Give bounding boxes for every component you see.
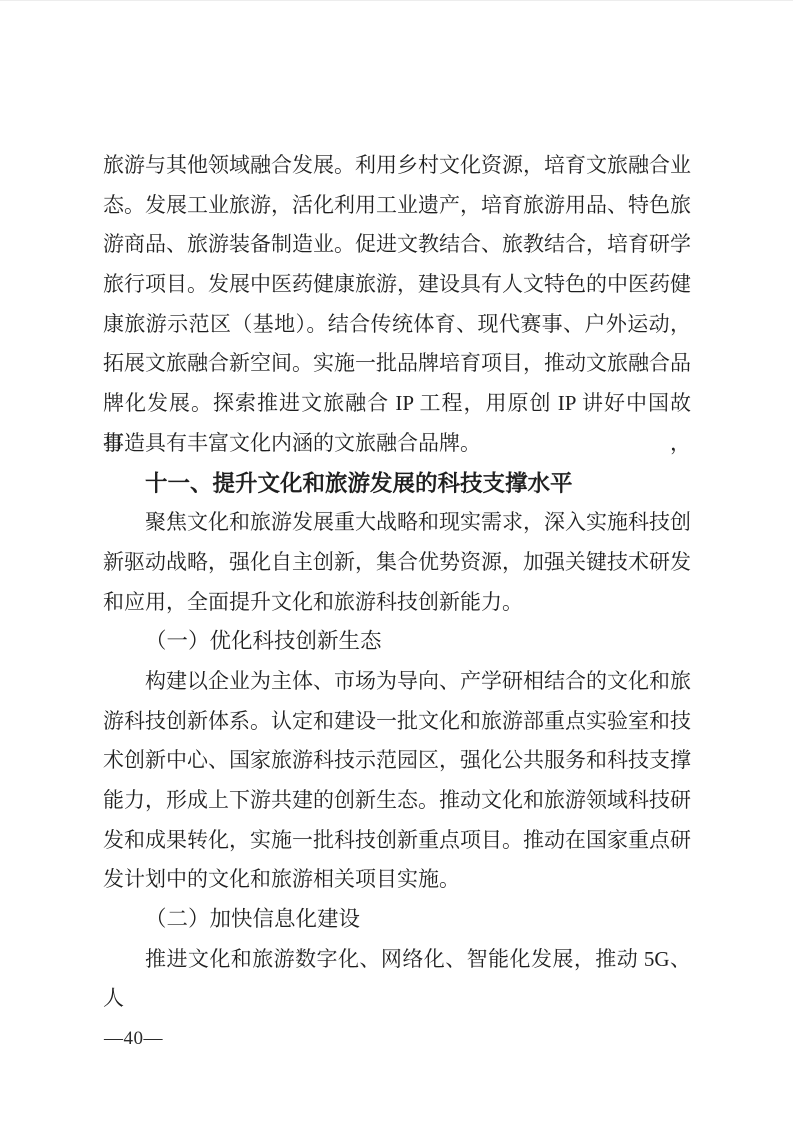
body-line: 和应用，全面提升文化和旅游科技创新能力。 bbox=[103, 583, 691, 623]
body-line: 聚焦文化和旅游发展重大战略和现实需求，深入实施科技创 bbox=[103, 503, 691, 543]
body-line: 康旅游示范区（基地）。结合传统体育、现代赛事、户外运动， bbox=[103, 305, 691, 345]
body-line: 发和成果转化，实施一批科技创新重点项目。推动在国家重点研 bbox=[103, 821, 691, 861]
subsection-heading-1: （一）优化科技创新生态 bbox=[103, 622, 691, 662]
body-line: 新驱动战略，强化自主创新，集合优势资源，加强关键技术研发 bbox=[103, 543, 691, 583]
body-line: 发计划中的文化和旅游相关项目实施。 bbox=[103, 860, 691, 900]
body-line: 牌化发展。探索推进文旅融合 IP 工程，用原创 IP 讲好中国故事， bbox=[103, 384, 691, 424]
body-line: 游科技创新体系。认定和建设一批文化和旅游部重点实验室和技 bbox=[103, 702, 691, 742]
document-page: 旅游与其他领域融合发展。利用乡村文化资源，培育文旅融合业 态。发展工业旅游，活化… bbox=[0, 0, 793, 1122]
body-line: 旅游与其他领域融合发展。利用乡村文化资源，培育文旅融合业 bbox=[103, 146, 691, 186]
body-line: 能力，形成上下游共建的创新生态。推动文化和旅游领域科技研 bbox=[103, 781, 691, 821]
body-line: 构建以企业为主体、市场为导向、产学研相结合的文化和旅 bbox=[103, 662, 691, 702]
section-heading: 十一、提升文化和旅游发展的科技支撑水平 bbox=[103, 464, 691, 504]
body-line: 旅行项目。发展中医药健康旅游，建设具有人文特色的中医药健 bbox=[103, 265, 691, 305]
document-body: 旅游与其他领域融合发展。利用乡村文化资源，培育文旅融合业 态。发展工业旅游，活化… bbox=[103, 146, 691, 979]
subsection-heading-2: （二）加快信息化建设 bbox=[103, 900, 691, 940]
page-number: —40— bbox=[104, 1027, 163, 1051]
body-line: 态。发展工业旅游，活化利用工业遗产，培育旅游用品、特色旅 bbox=[103, 186, 691, 226]
body-line: 游商品、旅游装备制造业。促进文教结合、旅教结合，培育研学 bbox=[103, 225, 691, 265]
body-line: 拓展文旅融合新空间。实施一批品牌培育项目，推动文旅融合品 bbox=[103, 344, 691, 384]
body-line: 推进文化和旅游数字化、网络化、智能化发展，推动 5G、人 bbox=[103, 940, 691, 980]
body-line: 术创新中心、国家旅游科技示范园区，强化公共服务和科技支撑 bbox=[103, 741, 691, 781]
